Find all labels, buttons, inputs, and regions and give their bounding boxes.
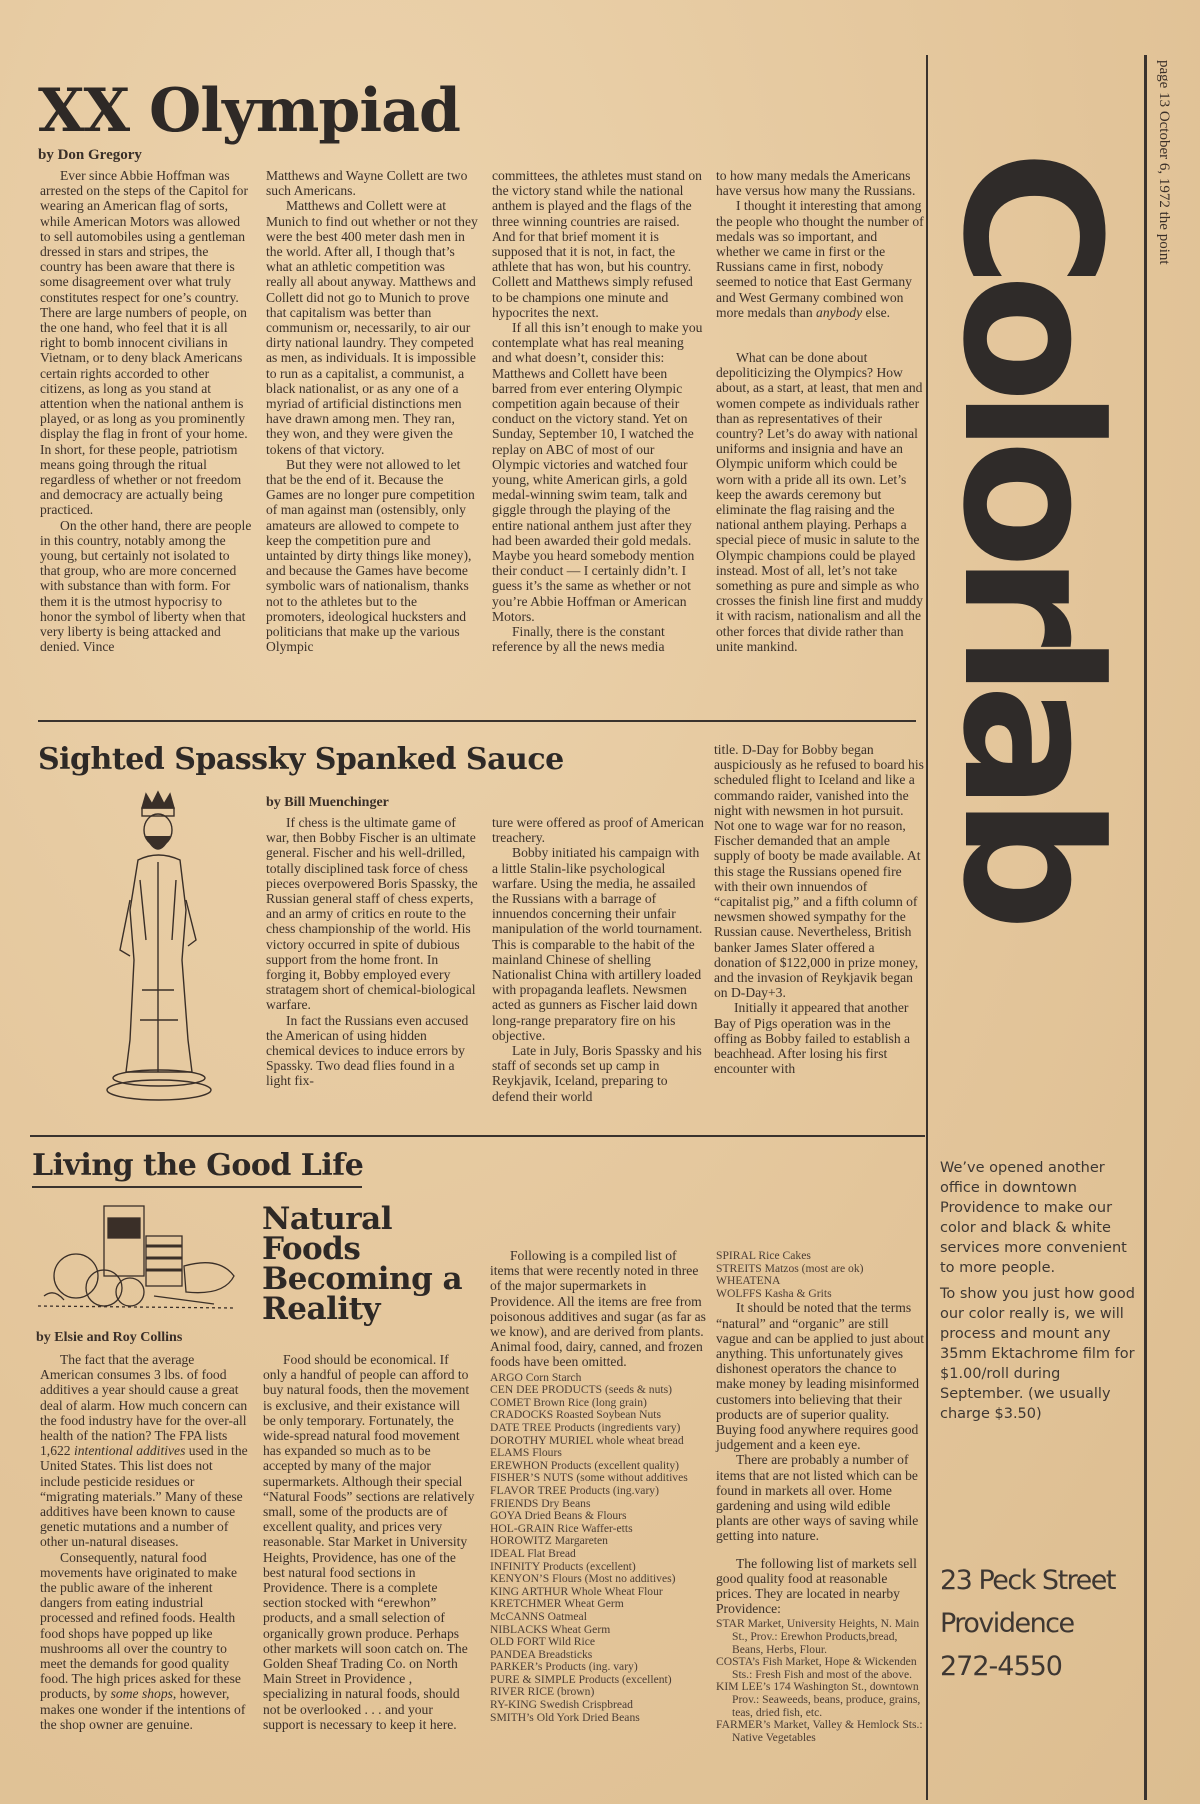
article-title-olympiad: XX Olympiad <box>38 76 460 146</box>
list-item: FLAVOR TREE Products (ing.vary) <box>490 1485 708 1498</box>
section-title-living: Living the Good Life <box>32 1146 363 1186</box>
ad-offer: To show you just how good our color real… <box>940 1284 1142 1424</box>
paragraph: On the other hand, there are people in t… <box>40 518 252 655</box>
paragraph: The following list of markets sell good … <box>716 1556 924 1617</box>
paragraph: Ever since Abbie Hoffman was arrested on… <box>40 168 252 518</box>
chess-king-illustration <box>100 790 220 1110</box>
list-item: COSTA’s Fish Market, Hope & Wickenden St… <box>716 1656 924 1681</box>
column-rule <box>1144 55 1147 1800</box>
natural-foods-column-3: Following is a compiled list of items th… <box>490 1248 708 1724</box>
paragraph: If all this isn’t enough to make you con… <box>492 320 704 624</box>
section-divider <box>38 720 916 722</box>
ad-intro: We’ve opened another office in downtown … <box>940 1158 1140 1278</box>
ad-phone: 272-4550 <box>940 1651 1062 1682</box>
spassky-column-1: If chess is the ultimate game of war, th… <box>266 815 478 1089</box>
list-item: FARMER’s Market, Valley & Hemlock Sts.: … <box>716 1719 924 1744</box>
running-head: page 13 October 6, 1972 the point <box>1155 60 1172 320</box>
market-list: STAR Market, University Heights, N. Main… <box>716 1618 924 1744</box>
olympiad-column-3: committees, the athletes must stand on t… <box>492 168 704 655</box>
spassky-column-3: title. D-Day for Bobby began auspiciousl… <box>714 742 924 1076</box>
grocery-illustration <box>34 1196 244 1316</box>
paragraph: It should be noted that the terms “natur… <box>716 1300 924 1452</box>
list-item: RY-KING Swedish Crispbread <box>490 1699 708 1712</box>
paragraph: Late in July, Boris Spassky and his staf… <box>492 1043 704 1104</box>
list-item: PARKER’s Products (ing. vary) <box>490 1661 708 1674</box>
list-item: ELAMS Flours <box>490 1447 708 1460</box>
paragraph: I thought it interesting that among the … <box>716 198 924 320</box>
list-item: WOLFFS Kasha & Grits <box>716 1288 924 1301</box>
list-item: IDEAL Flat Bread <box>490 1548 708 1561</box>
section-title-underline <box>32 1186 362 1188</box>
paragraph: to how many medals the Americans have ve… <box>716 168 924 198</box>
paragraph: Matthews and Collett were at Munich to f… <box>266 198 478 456</box>
paragraph: Consequently, natural food movements hav… <box>40 1550 250 1732</box>
paragraph: title. D-Day for Bobby began auspiciousl… <box>714 742 924 1000</box>
ad-address-city: Providence <box>940 1608 1074 1639</box>
olympiad-column-2: Matthews and Wayne Collett are two such … <box>266 168 478 655</box>
paragraph: Food should be economical. If only a han… <box>263 1352 475 1732</box>
byline-spassky: by Bill Muenchinger <box>266 795 389 811</box>
paragraph: But they were not allowed to let that be… <box>266 457 478 655</box>
ad-address-street: 23 Peck Street <box>940 1565 1115 1596</box>
paragraph: What can be done about depoliticizing th… <box>716 350 924 654</box>
byline-olympiad: by Don Gregory <box>38 147 142 164</box>
paragraph: Matthews and Wayne Collett are two such … <box>266 168 478 198</box>
paragraph: committees, the athletes must stand on t… <box>492 168 704 320</box>
list-item: McCANNS Oatmeal <box>490 1611 708 1624</box>
olympiad-column-4: to how many medals the Americans have ve… <box>716 168 924 654</box>
paragraph: Following is a compiled list of items th… <box>490 1248 708 1370</box>
list-item: DATE TREE Products (ingredients vary) <box>490 1422 708 1435</box>
list-item: SMITH’s Old York Dried Beans <box>490 1712 708 1725</box>
olympiad-column-1: Ever since Abbie Hoffman was arrested on… <box>40 168 252 655</box>
list-item: KENYON’S Flours (Most no additives) <box>490 1573 708 1586</box>
list-item: KIM LEE’s 174 Washington St., downtown P… <box>716 1681 924 1719</box>
paragraph: In fact the Russians even accused the Am… <box>266 1013 478 1089</box>
list-item: SPIRAL Rice Cakes <box>716 1250 924 1263</box>
article-title-natural-foods: Natural Foods Becoming a Reality <box>262 1204 462 1324</box>
list-item: WHEATENA <box>716 1275 924 1288</box>
paragraph: Finally, there is the constant reference… <box>492 624 704 654</box>
chess-king-icon <box>100 790 220 1110</box>
colorlab-logo: Colorlab <box>930 150 1130 1050</box>
list-item: STAR Market, University Heights, N. Main… <box>716 1618 924 1656</box>
product-list: ARGO Corn Starch CEN DEE PRODUCTS (seeds… <box>490 1372 708 1725</box>
groceries-icon <box>34 1196 244 1316</box>
byline-natural-foods: by Elsie and Roy Collins <box>36 1330 182 1346</box>
paragraph: The fact that the average American consu… <box>40 1352 250 1550</box>
paragraph: ture were offered as proof of American t… <box>492 815 704 845</box>
column-rule <box>926 55 928 1800</box>
spassky-column-2: ture were offered as proof of American t… <box>492 815 704 1104</box>
list-item: CEN DEE PRODUCTS (seeds & nuts) <box>490 1384 708 1397</box>
list-item: GOYA Dried Beans & Flours <box>490 1510 708 1523</box>
paragraph: If chess is the ultimate game of war, th… <box>266 815 478 1013</box>
paragraph: There are probably a number of items tha… <box>716 1452 924 1543</box>
section-divider <box>30 1135 925 1137</box>
article-title-spassky: Sighted Spassky Spanked Sauce <box>38 740 564 780</box>
natural-foods-column-2: Food should be economical. If only a han… <box>263 1352 475 1732</box>
natural-foods-column-4: SPIRAL Rice Cakes STREITS Matzos (most a… <box>716 1250 924 1744</box>
product-list-continued: SPIRAL Rice Cakes STREITS Matzos (most a… <box>716 1250 924 1300</box>
paragraph: Bobby initiated his campaign with a litt… <box>492 845 704 1043</box>
list-item: OLD FORT Wild Rice <box>490 1636 708 1649</box>
natural-foods-column-1: The fact that the average American consu… <box>40 1352 250 1732</box>
paragraph: Initially it appeared that another Bay o… <box>714 1000 924 1076</box>
